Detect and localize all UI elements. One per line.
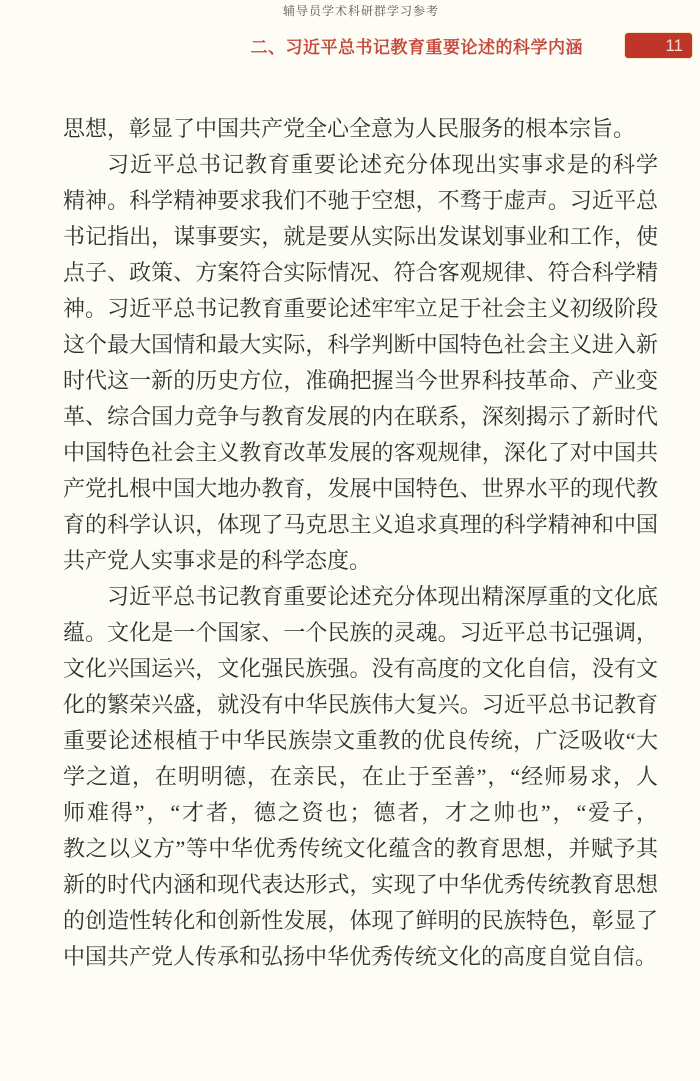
text-line: 时代这一新的历史方位，准确把握当今世界科技革命、产业变 xyxy=(63,363,658,399)
text-line: 书记指出，谋事要实，就是要从实际出发谋划事业和工作，使 xyxy=(63,219,658,255)
text-line: 育的科学认识，体现了马克思主义追求真理的科学精神和中国 xyxy=(63,507,658,543)
text-line: 学之道，在明明德，在亲民，在止于至善”，“经师易求，人 xyxy=(63,759,658,795)
text-line: 这个最大国情和最大实际，科学判断中国特色社会主义进入新 xyxy=(63,327,658,363)
page-number: 11 xyxy=(665,37,683,54)
text-line: 习近平总书记教育重要论述充分体现出实事求是的科学 xyxy=(63,147,658,183)
text-line: 共产党人实事求是的科学态度。 xyxy=(63,543,658,579)
text-line: 中国共产党人传承和弘扬中华优秀传统文化的高度自觉自信。 xyxy=(63,939,658,975)
paragraph: 习近平总书记教育重要论述充分体现出精深厚重的文化底 蕴。文化是一个国家、一个民族… xyxy=(63,579,658,975)
text-line: 新的时代内涵和现代表达形式，实现了中华优秀传统教育思想 xyxy=(63,867,658,903)
paragraph: 习近平总书记教育重要论述充分体现出实事求是的科学 精神。科学精神要求我们不驰于空… xyxy=(63,147,658,579)
text-line: 精神。科学精神要求我们不驰于空想，不骛于虚声。习近平总 xyxy=(63,183,658,219)
text-line: 点子、政策、方案符合实际情况、符合客观规律、符合科学精 xyxy=(63,255,658,291)
text-line: 的创造性转化和创新性发展，体现了鲜明的民族特色，彰显了 xyxy=(63,903,658,939)
book-page: 辅导员学术科研群学习参考 二、习近平总书记教育重要论述的科学内涵 11 思想，彰… xyxy=(0,0,700,1081)
text-line: 革、综合国力竞争与教育发展的内在联系，深刻揭示了新时代 xyxy=(63,399,658,435)
paragraph: 思想，彰显了中国共产党全心全意为人民服务的根本宗旨。 xyxy=(63,111,658,147)
text-line: 思想，彰显了中国共产党全心全意为人民服务的根本宗旨。 xyxy=(63,111,658,147)
text-line: 文化兴国运兴，文化强民族强。没有高度的文化自信，没有文 xyxy=(63,651,658,687)
running-header: 辅导员学术科研群学习参考 xyxy=(0,2,700,19)
text-line: 蕴。文化是一个国家、一个民族的灵魂。习近平总书记强调， xyxy=(63,615,658,651)
body-text: 思想，彰显了中国共产党全心全意为人民服务的根本宗旨。 习近平总书记教育重要论述充… xyxy=(63,111,658,975)
text-line: 中国特色社会主义教育改革发展的客观规律，深化了对中国共 xyxy=(63,435,658,471)
running-header-text: 辅导员学术科研群学习参考 xyxy=(283,4,439,18)
text-line: 化的繁荣兴盛，就没有中华民族伟大复兴。习近平总书记教育 xyxy=(63,687,658,723)
text-line: 神。习近平总书记教育重要论述牢牢立足于社会主义初级阶段 xyxy=(63,291,658,327)
text-line: 产党扎根中国大地办教育，发展中国特色、世界水平的现代教 xyxy=(63,471,658,507)
chapter-title: 二、习近平总书记教育重要论述的科学内涵 xyxy=(251,33,584,58)
text-line: 习近平总书记教育重要论述充分体现出精深厚重的文化底 xyxy=(63,579,658,615)
page-number-badge: 11 xyxy=(625,33,692,58)
text-line: 师难得”，“才者，德之资也；德者，才之帅也”，“爱子， xyxy=(63,795,658,831)
chapter-header: 二、习近平总书记教育重要论述的科学内涵 11 xyxy=(0,33,692,58)
text-line: 重要论述根植于中华民族崇文重教的优良传统，广泛吸收“大 xyxy=(63,723,658,759)
text-line: 教之以义方”等中华优秀传统文化蕴含的教育思想，并赋予其 xyxy=(63,831,658,867)
